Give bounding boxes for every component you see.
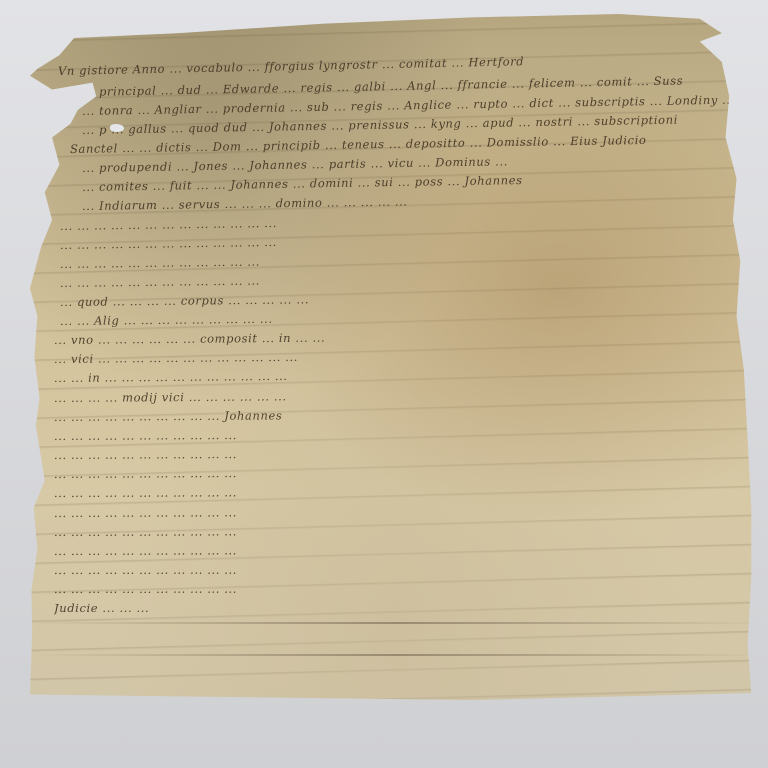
manuscript-parchment: Vn gistiore Anno ... vocabulo ... fforgi… (30, 14, 766, 700)
manuscript-line: ... vno ... ... ... ... ... ... composit… (54, 327, 746, 347)
manuscript-line: ... ... ... ... ... ... ... ... ... ... … (54, 484, 746, 500)
manuscript-line: ... ... ... ... ... ... ... ... ... ... … (54, 425, 746, 443)
manuscript-line: ... ... ... ... ... ... ... ... ... ... … (54, 562, 746, 577)
manuscript-line: ... ... ... ... ... ... ... ... ... ... … (54, 542, 746, 558)
manuscript-line: ... ... ... ... ... ... ... ... ... ... … (60, 249, 746, 271)
manuscript-line: ... ... ... ... ... ... ... ... ... ... … (60, 268, 746, 290)
manuscript-line: ... vici ... ... ... ... ... ... ... ...… (54, 346, 746, 366)
manuscript-line: ... ... ... ... ... ... ... ... ... ... … (54, 405, 746, 424)
manuscript-line: ... ... ... ... ... ... ... ... ... ... … (54, 581, 726, 596)
manuscript-text-block: Vn gistiore Anno ... vocabulo ... fforgi… (30, 14, 766, 700)
manuscript-line: ... ... ... ... ... ... ... ... ... ... … (54, 523, 746, 539)
manuscript-line: ... Indiarum ... servus ... ... ... domi… (82, 190, 746, 213)
manuscript-line: ... ... ... ... ... ... ... ... ... ... … (54, 444, 746, 462)
parchment-fold (30, 654, 766, 656)
manuscript-line: ... ... ... ... ... ... ... ... ... ... … (60, 228, 746, 252)
manuscript-line: ... quod ... ... ... ... corpus ... ... … (60, 288, 746, 309)
parchment-fold (30, 622, 766, 624)
manuscript-line: ... ... ... ... modij vici ... ... ... .… (54, 386, 746, 405)
manuscript-line: ... ... ... ... ... ... ... ... ... ... … (54, 504, 746, 520)
manuscript-line: ... ... Alig ... ... ... ... ... ... ...… (60, 307, 746, 328)
manuscript-line: ... ... in ... ... ... ... ... ... ... .… (54, 365, 746, 385)
manuscript-line: ... ... ... ... ... ... ... ... ... ... … (54, 463, 746, 481)
manuscript-line: Judicie ... ... ... (54, 601, 246, 615)
